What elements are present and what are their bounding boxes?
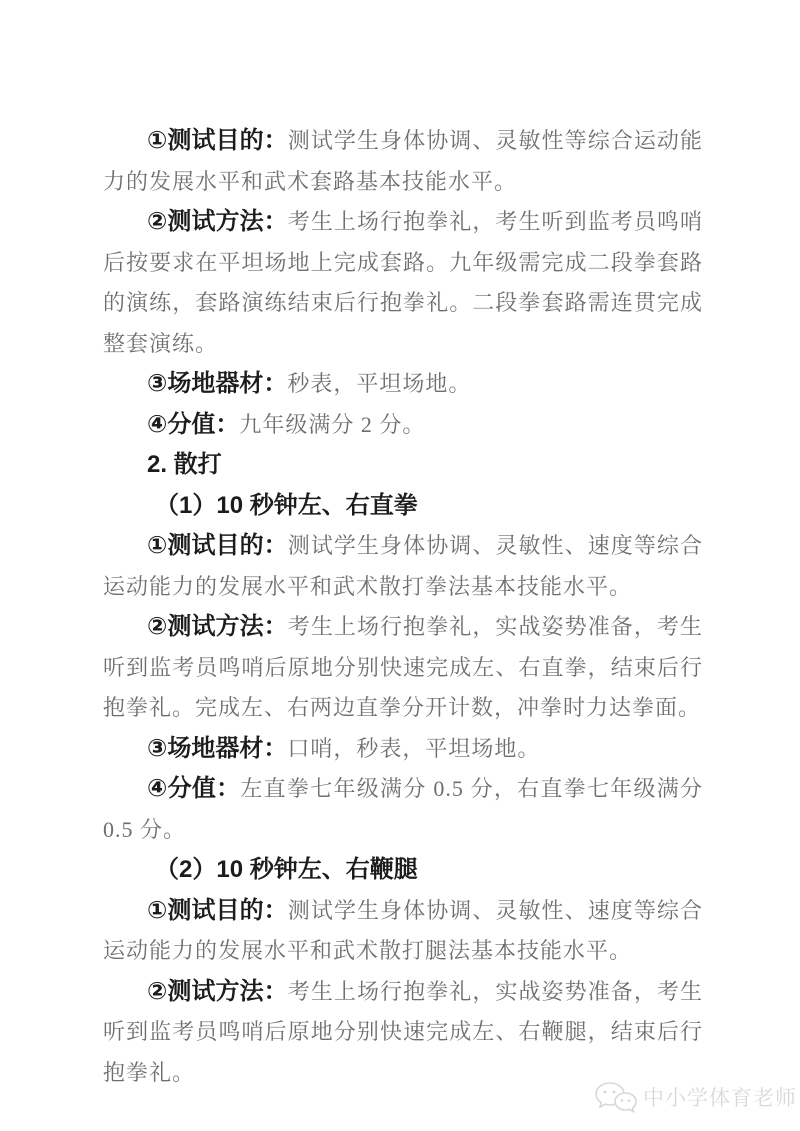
- paragraph-label: ②测试方法：: [147, 613, 288, 640]
- wechat-icon: [593, 1081, 637, 1113]
- subsection-heading-whip-kick: （2）10 秒钟左、右鞭腿: [103, 850, 703, 891]
- paragraph-label: ④分值：: [147, 775, 240, 802]
- paragraph-test-method-3: ②测试方法：考生上场行抱拳礼，实战姿势准备，考生听到监考员鸣哨后原地分别快速完成…: [103, 972, 703, 1094]
- paragraph-text: 九年级满分 2 分。: [239, 412, 425, 437]
- paragraph-label: ③场地器材：: [147, 370, 287, 397]
- watermark-text: 中小学体育老师: [643, 1082, 797, 1112]
- paragraph-label: ②测试方法：: [147, 978, 288, 1005]
- paragraph-label: ③场地器材：: [147, 735, 287, 762]
- document-page: ①测试目的：测试学生身体协调、灵敏性等综合运动能力的发展水平和武术套路基本技能水…: [0, 0, 800, 1131]
- paragraph-test-purpose-2: ①测试目的：测试学生身体协调、灵敏性、速度等综合运动能力的发展水平和武术散打拳法…: [103, 526, 703, 607]
- paragraph-score-1: ④分值：九年级满分 2 分。: [103, 405, 703, 446]
- paragraph-label: ①测试目的：: [147, 532, 288, 559]
- paragraph-label: ②测试方法：: [147, 208, 288, 235]
- paragraph-text: 秒表，平坦场地。: [287, 371, 471, 396]
- section-heading-sanda: 2. 散打: [103, 445, 703, 486]
- document-body: ①测试目的：测试学生身体协调、灵敏性等综合运动能力的发展水平和武术套路基本技能水…: [103, 121, 703, 1093]
- paragraph-test-purpose-1: ①测试目的：测试学生身体协调、灵敏性等综合运动能力的发展水平和武术套路基本技能水…: [103, 121, 703, 202]
- watermark: 中小学体育老师: [593, 1082, 797, 1112]
- paragraph-equipment-1: ③场地器材：秒表，平坦场地。: [103, 364, 703, 405]
- paragraph-label: ①测试目的：: [147, 897, 288, 924]
- paragraph-test-method-2: ②测试方法：考生上场行抱拳礼，实战姿势准备，考生听到监考员鸣哨后原地分别快速完成…: [103, 607, 703, 729]
- paragraph-test-method-1: ②测试方法：考生上场行抱拳礼，考生听到监考员鸣哨后按要求在平坦场地上完成套路。九…: [103, 202, 703, 364]
- paragraph-text: 口哨，秒表，平坦场地。: [287, 736, 540, 761]
- paragraph-test-purpose-3: ①测试目的：测试学生身体协调、灵敏性、速度等综合运动能力的发展水平和武术散打腿法…: [103, 891, 703, 972]
- paragraph-label: ①测试目的：: [147, 127, 288, 154]
- paragraph-equipment-2: ③场地器材：口哨，秒表，平坦场地。: [103, 729, 703, 770]
- paragraph-label: ④分值：: [147, 411, 239, 438]
- paragraph-score-2: ④分值：左直拳七年级满分 0.5 分，右直拳七年级满分 0.5 分。: [103, 769, 703, 850]
- subsection-heading-straight-punch: （1）10 秒钟左、右直拳: [103, 486, 703, 527]
